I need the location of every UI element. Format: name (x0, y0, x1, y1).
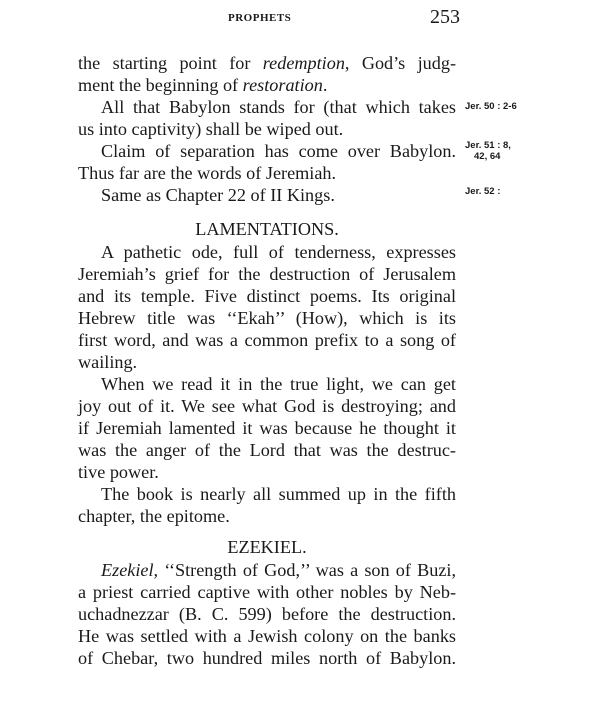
text-line: Same as Chapter 22 of II Kings. (101, 184, 456, 206)
margin-reference: Jer. 52 : (465, 186, 500, 197)
text-line: ment the beginning of restoration. (78, 74, 456, 96)
text-line: Ezekiel, ‘‘Strength of God,’’ was a son … (101, 559, 456, 581)
text-line: us into captivity) shall be wiped out. (78, 118, 456, 140)
section-heading: EZEKIEL. (78, 537, 456, 558)
text-line: first word, and was a common prefix to a… (78, 329, 456, 351)
text-line: Hebrew title was ‘‘Ekah’’ (How), which i… (78, 307, 456, 329)
text-line: Thus far are the words of Jeremiah. (78, 162, 456, 184)
text-line: and its temple. Five distinct poems. Its… (78, 285, 456, 307)
text-line: joy out of it. We see what God is destro… (78, 395, 456, 417)
text-line: if Jeremiah lamented it was because he t… (78, 417, 456, 439)
running-head: PROPHETS (228, 12, 291, 24)
text-line: Claim of separation has come over Babylo… (101, 140, 456, 162)
text-line: the starting point for redemption, God’s… (78, 52, 456, 74)
text-line: of Chebar, two hundred miles north of Ba… (78, 647, 456, 669)
text-line: A pathetic ode, full of tenderness, expr… (101, 241, 456, 263)
margin-reference: Jer. 51 : 8,42, 64 (465, 140, 511, 162)
page-number: 253 (430, 6, 460, 29)
margin-reference: Jer. 50 : 2-6 (465, 101, 517, 112)
text-line: All that Babylon stands for (that which … (101, 96, 456, 118)
text-line: a priest carried captive with other nobl… (78, 581, 456, 603)
text-line: chapter, the epitome. (78, 505, 456, 527)
section-heading: LAMENTATIONS. (78, 219, 456, 240)
book-page: PROPHETS 253 the starting point for rede… (0, 0, 600, 709)
text-line: When we read it in the true light, we ca… (101, 373, 456, 395)
text-line: tive power. (78, 461, 456, 483)
text-line: The book is nearly all summed up in the … (101, 483, 456, 505)
text-line: He was settled with a Jewish colony on t… (78, 625, 456, 647)
text-line: wailing. (78, 351, 456, 373)
text-line: Jeremiah’s grief for the destruction of … (78, 263, 456, 285)
text-line: uchadnezzar (B. C. 599) before the destr… (78, 603, 456, 625)
text-line: was the anger of the Lord that was the d… (78, 439, 456, 461)
